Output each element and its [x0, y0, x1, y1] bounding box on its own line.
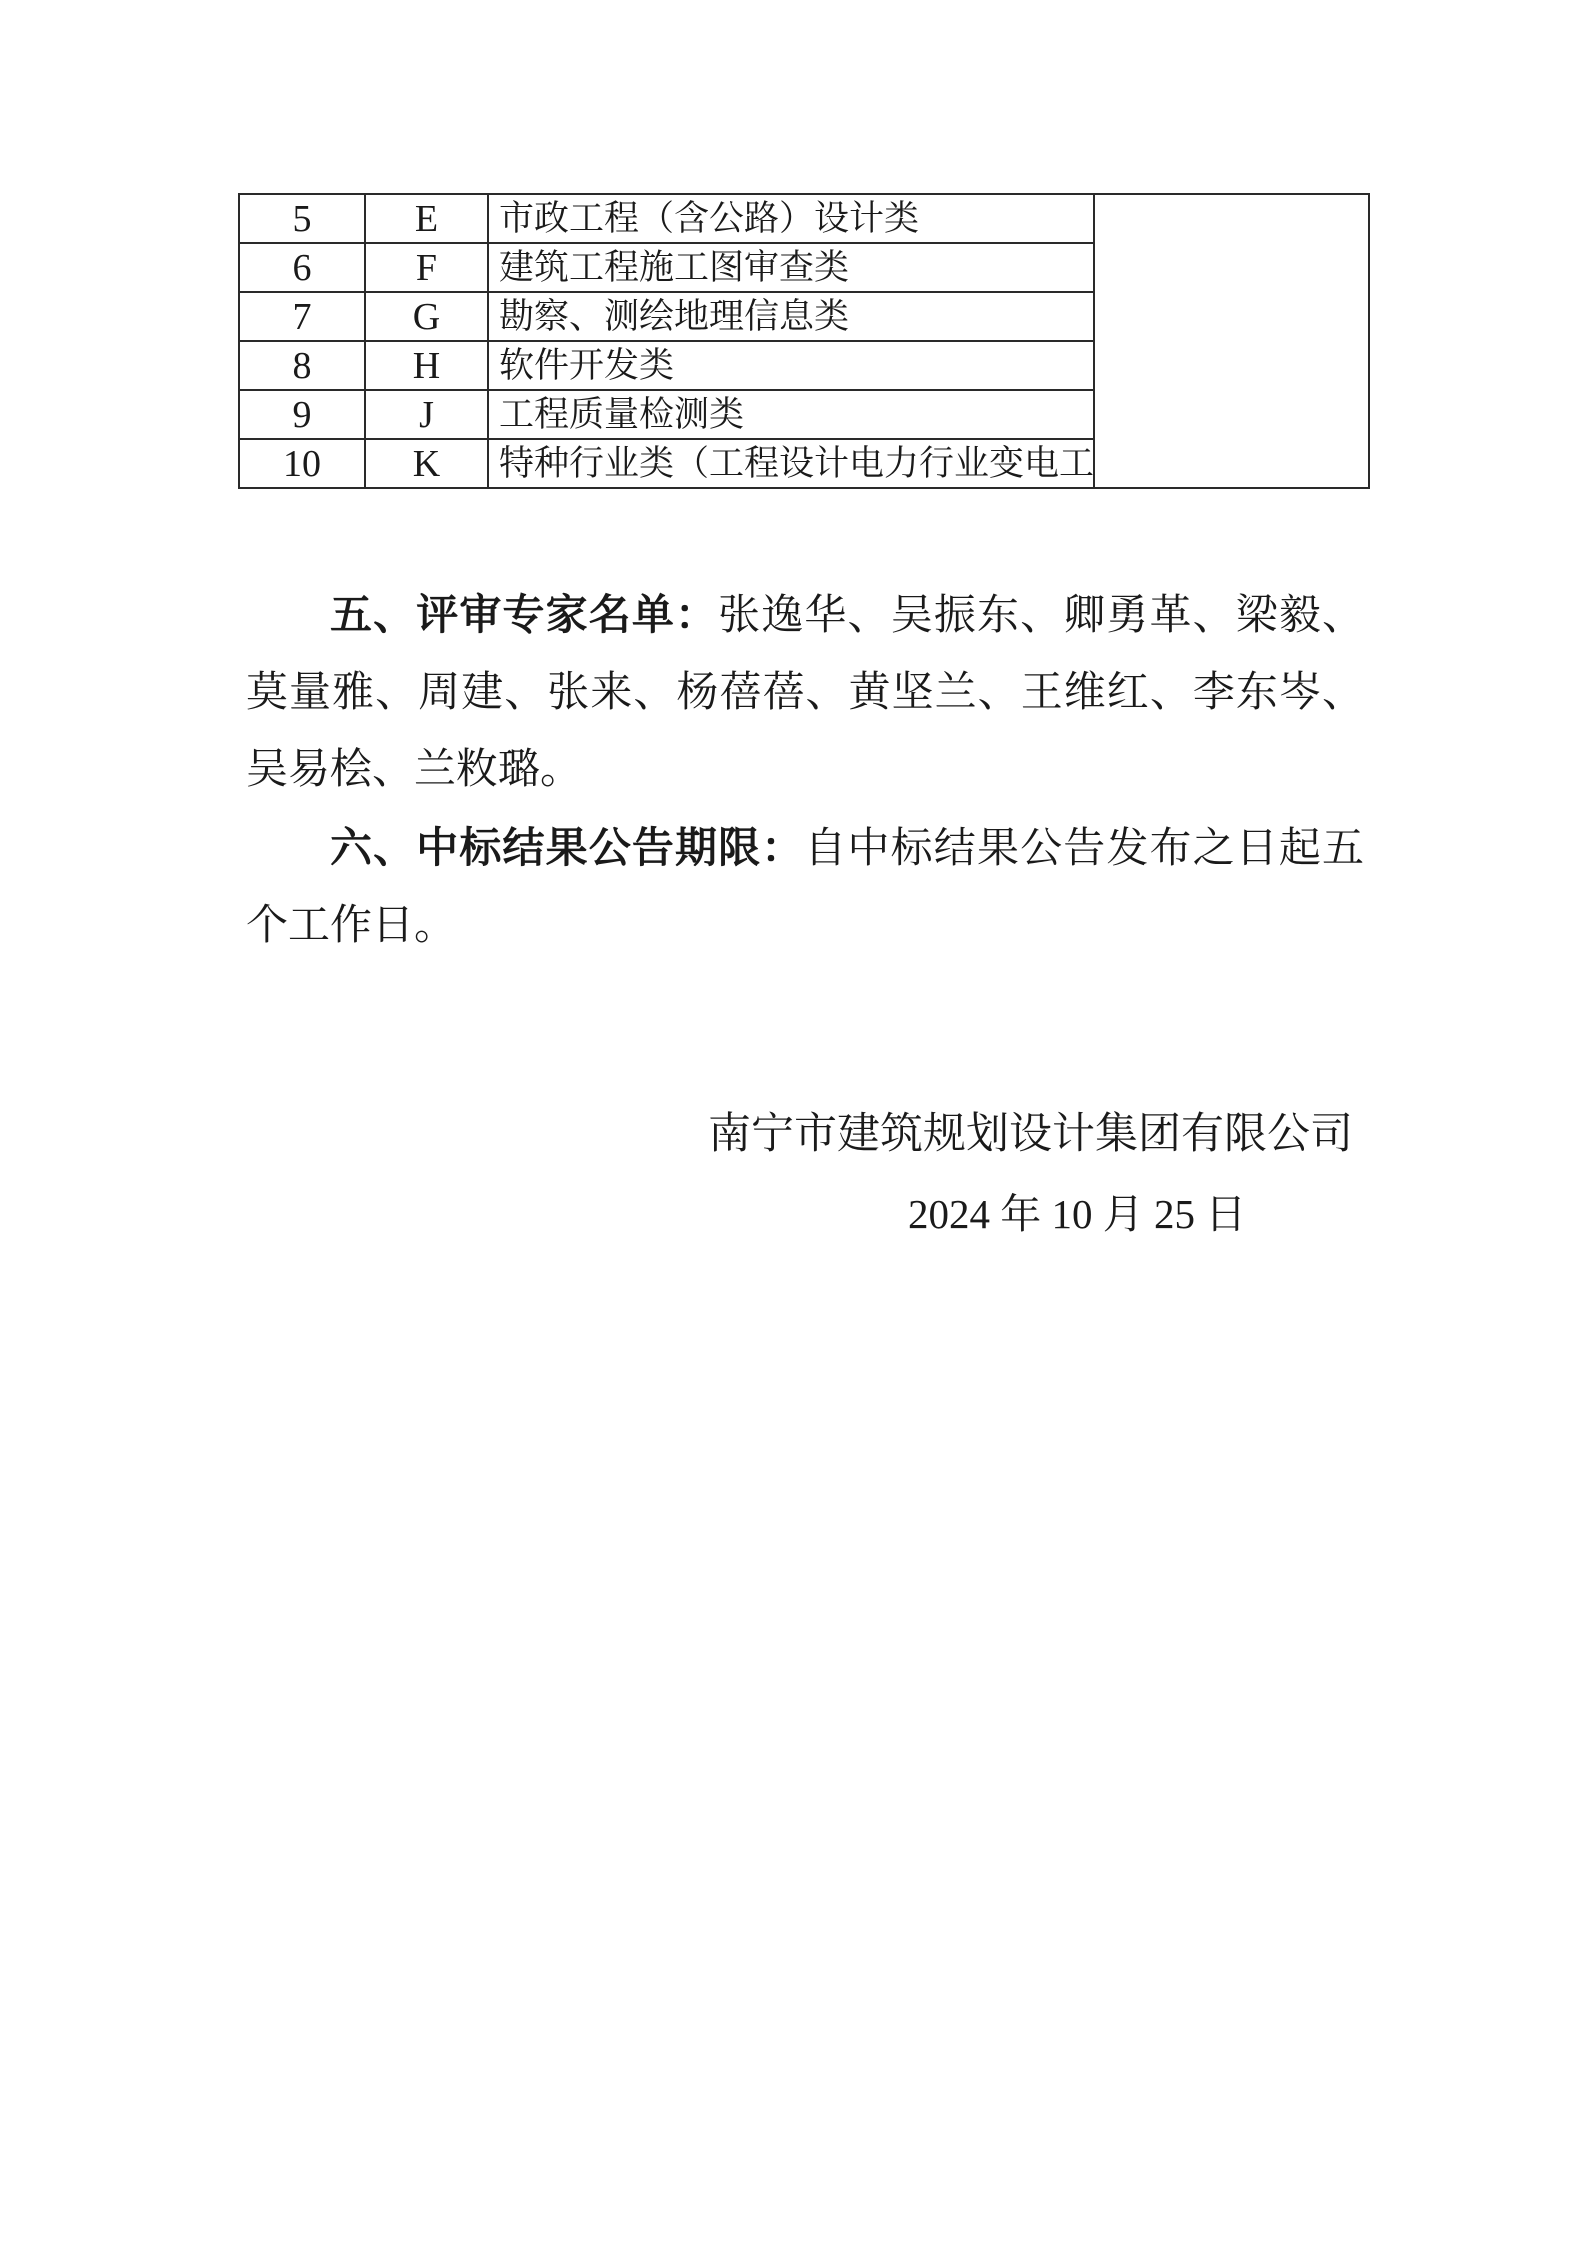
category-cell: 工程质量检测类	[488, 390, 1094, 439]
seq-cell: 6	[239, 243, 365, 292]
seq-cell: 9	[239, 390, 365, 439]
table-row: 5 E 市政工程（含公路）设计类	[239, 194, 1369, 243]
code-cell: K	[365, 439, 488, 488]
signature-company: 南宁市建筑规划设计集团有限公司	[708, 1110, 1353, 1160]
category-cell: 勘察、测绘地理信息类	[488, 292, 1094, 341]
code-cell: F	[365, 243, 488, 292]
seq-cell: 8	[239, 341, 365, 390]
category-cell: 特种行业类（工程设计电力行业变电工程）	[488, 439, 1094, 488]
body-text: 五、评审专家名单：张逸华、吴振东、卿勇革、梁毅、莫量雅、周建、张来、杨蓓蓓、黄坚…	[246, 576, 1364, 965]
code-cell: J	[365, 390, 488, 439]
seq-cell: 7	[239, 292, 365, 341]
signature-date: 2024 年 10 月 25 日	[908, 1190, 1246, 1238]
period-heading: 六、中标结果公告期限：	[330, 824, 804, 871]
seq-cell: 5	[239, 194, 365, 243]
document-page: 5 E 市政工程（含公路）设计类 6 F 建筑工程施工图审查类 7 G 勘察、测…	[0, 0, 1587, 2245]
category-table: 5 E 市政工程（含公路）设计类 6 F 建筑工程施工图审查类 7 G 勘察、测…	[238, 193, 1370, 489]
category-cell: 软件开发类	[488, 341, 1094, 390]
experts-heading: 五、评审专家名单：	[330, 591, 718, 638]
code-cell: H	[365, 341, 488, 390]
code-cell: E	[365, 194, 488, 243]
seq-cell: 10	[239, 439, 365, 488]
category-cell: 市政工程（含公路）设计类	[488, 194, 1094, 243]
paragraph-period: 六、中标结果公告期限：自中标结果公告发布之日起五个工作日。	[246, 809, 1364, 965]
category-cell: 建筑工程施工图审查类	[488, 243, 1094, 292]
code-cell: G	[365, 292, 488, 341]
paragraph-experts: 五、评审专家名单：张逸华、吴振东、卿勇革、梁毅、莫量雅、周建、张来、杨蓓蓓、黄坚…	[246, 576, 1364, 809]
merged-note-cell	[1094, 194, 1369, 488]
